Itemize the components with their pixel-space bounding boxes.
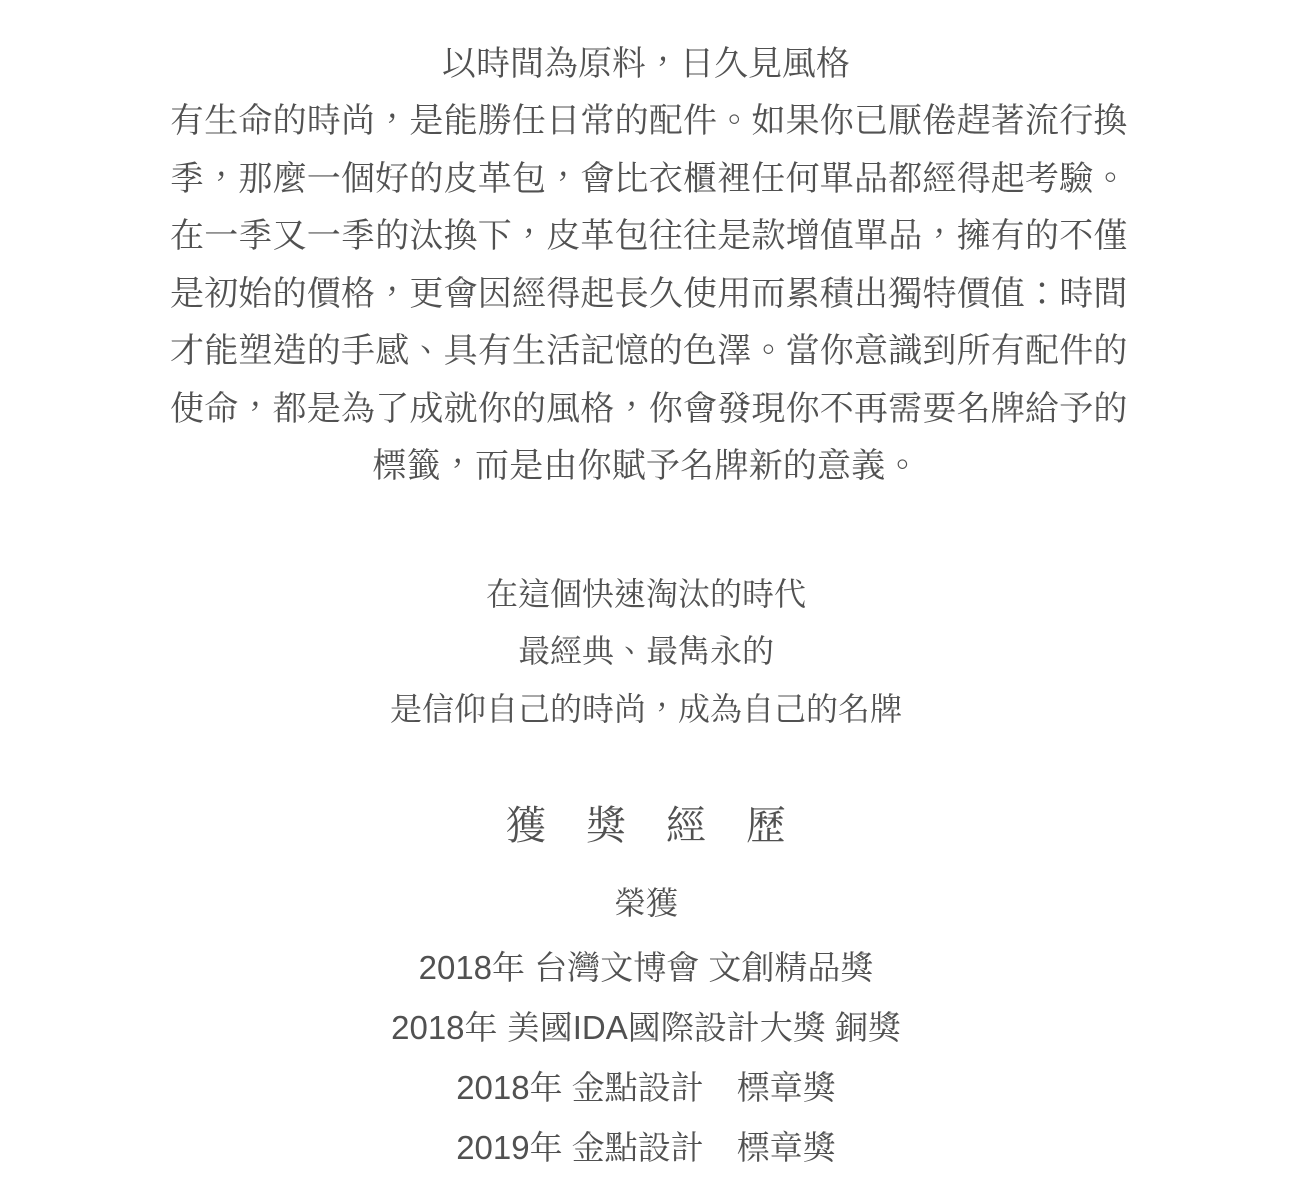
- intro-paragraph-line: 使命，都是為了成就你的風格，你會發現你不再需要名牌給予的: [170, 381, 1122, 439]
- intro-paragraph-line: 有生命的時尚，是能勝任日常的配件。如果你已厭倦趕著流行換: [170, 93, 1122, 151]
- award-list: 2018年 台灣文博會 文創精品獎 2018年 美國IDA國際設計大獎 銅獎 2…: [170, 938, 1122, 1178]
- award-item: 2018年 美國IDA國際設計大獎 銅獎: [170, 998, 1122, 1058]
- intro-paragraph-line: 才能塑造的手感、具有生活記憶的色澤。當你意識到所有配件的: [170, 323, 1122, 381]
- manifesto-line: 是信仰自己的時尚，成為自己的名牌: [170, 681, 1122, 739]
- awards-section-heading: 獲 獎 經 歷: [170, 798, 1122, 855]
- award-item: 2018年 台灣文博會 文創精品獎: [170, 938, 1122, 998]
- intro-paragraph-line: 在一季又一季的汰換下，皮革包往往是款增值單品，擁有的不僅: [170, 208, 1122, 266]
- manifesto-line: 最經典、最雋永的: [170, 623, 1122, 681]
- intro-paragraph-line: 季，那麼一個好的皮革包，會比衣櫃裡任何單品都經得起考驗。: [170, 151, 1122, 209]
- product-description-page: 以時間為原料，日久見風格 有生命的時尚，是能勝任日常的配件。如果你已厭倦趕著流行…: [0, 0, 1292, 1200]
- awards-subtitle: 榮獲: [170, 875, 1122, 932]
- award-item: 2019年 金點設計 標章獎: [170, 1118, 1122, 1178]
- intro-paragraph: 有生命的時尚，是能勝任日常的配件。如果你已厭倦趕著流行換 季，那麼一個好的皮革包…: [170, 93, 1122, 496]
- awards-section: 獲 獎 經 歷 榮獲 2018年 台灣文博會 文創精品獎 2018年 美國IDA…: [170, 798, 1122, 1178]
- manifesto-line: 在這個快速淘汰的時代: [170, 566, 1122, 624]
- intro-paragraph-line: 是初始的價格，更會因經得起長久使用而累積出獨特價值：時間: [170, 266, 1122, 324]
- intro-title: 以時間為原料，日久見風格: [170, 36, 1122, 93]
- award-item: 2018年 金點設計 標章獎: [170, 1058, 1122, 1118]
- content-column: 以時間為原料，日久見風格 有生命的時尚，是能勝任日常的配件。如果你已厭倦趕著流行…: [170, 0, 1122, 1178]
- intro-paragraph-line: 標籤，而是由你賦予名牌新的意義。: [170, 438, 1122, 496]
- manifesto-block: 在這個快速淘汰的時代 最經典、最雋永的 是信仰自己的時尚，成為自己的名牌: [170, 566, 1122, 739]
